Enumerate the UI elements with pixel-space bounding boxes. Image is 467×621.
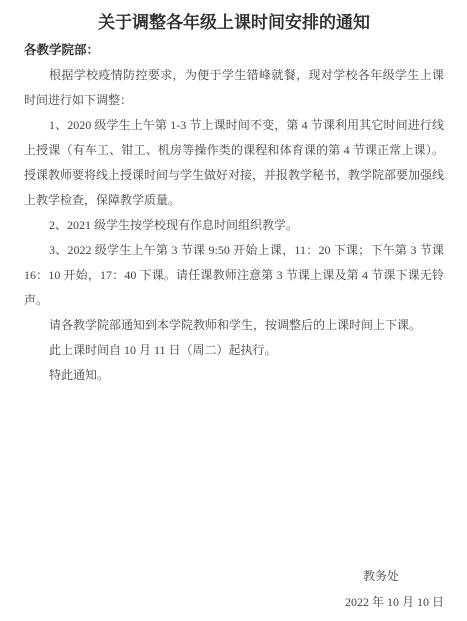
paragraph-effective-date: 此上课时间自 10 月 11 日（周二）起执行。 bbox=[24, 338, 444, 363]
paragraph-item-2: 2、2021 级学生按学校现有作息时间组织教学。 bbox=[24, 213, 444, 238]
paragraph-item-3: 3、2022 级学生上午第 3 节课 9:50 开始上课，11：20 下课；下午… bbox=[24, 238, 444, 313]
paragraph-intro: 根据学校疫情防控要求，为便于学生错峰就餐，现对学校各年级学生上课时间进行如下调整… bbox=[24, 63, 444, 113]
paragraph-notify: 请各教学院部通知到本学院教师和学生，按调整后的上课时间上下课。 bbox=[24, 313, 444, 338]
document-title: 关于调整各年级上课时间安排的通知 bbox=[24, 10, 444, 36]
notice-document-page: 关于调整各年级上课时间安排的通知 各教学院部： 根据学校疫情防控要求，为便于学生… bbox=[0, 0, 467, 621]
salutation: 各教学院部： bbox=[24, 38, 444, 63]
signature-block: 教务处 2022 年 10 月 10 日 bbox=[24, 564, 444, 615]
paragraph-item-1: 1、2020 级学生上午第 1-3 节上课时间不变，第 4 节课利用其它时间进行… bbox=[24, 113, 444, 213]
signature-signer: 教务处 bbox=[24, 564, 444, 589]
paragraph-closing: 特此通知。 bbox=[24, 363, 444, 388]
signature-date: 2022 年 10 月 10 日 bbox=[24, 590, 444, 615]
